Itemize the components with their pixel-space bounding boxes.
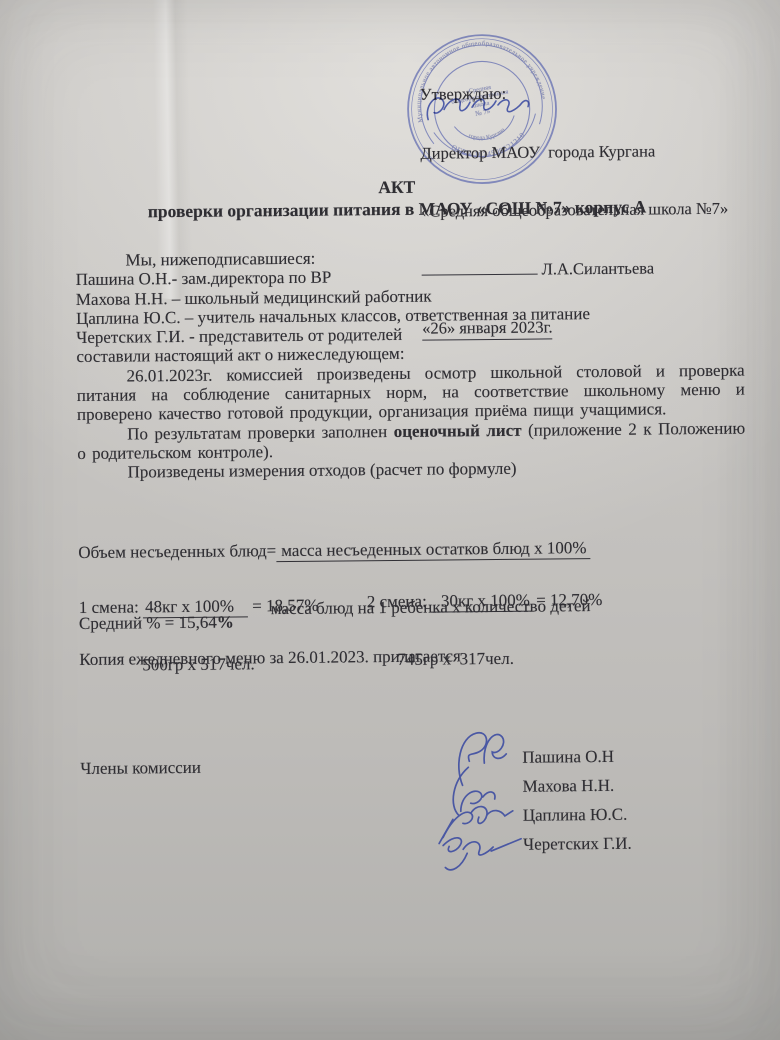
body-text: Мы, нижеподписавшиеся: Пашина О.Н.- зам.… [75, 245, 745, 483]
committee-signatures-ink [432, 721, 545, 874]
director-signature-ink [416, 88, 548, 127]
shift-2-numerator: 30кг х 100% [431, 591, 532, 613]
score-sheet-bold: оценочный лист [394, 420, 522, 440]
average-percentage: Средний % = 15,64% [79, 613, 234, 634]
document-title: АКТ проверки организации питания в МАОУ … [7, 173, 780, 223]
document-content: Муниципальное автономное общеобразовател… [0, 0, 780, 1040]
shift-2-result: = 12,70% [536, 590, 602, 610]
shift-2-label: 2 смена: [367, 592, 431, 612]
menu-attachment-note: Копия ежедневного меню за 26.01.2023. пр… [79, 646, 461, 670]
shift-1-result: = 18,57% [252, 596, 318, 616]
shift-1-calculation: 1 смена: 48кг х 100% = 18,57% 500гр х 51… [78, 558, 319, 713]
shift-2-calculation: 2 смена: 30кг х 100% = 12,70% 745гр х 31… [366, 552, 603, 707]
results-paragraph: По результатам проверки заполнен оценочн… [77, 418, 745, 463]
inspection-paragraph: 26.01.2023г. комиссией произведены осмот… [77, 360, 746, 424]
committee-label: Члены комиссии [80, 758, 201, 779]
paper-sheet: Муниципальное автономное общеобразовател… [0, 0, 780, 1040]
approval-line: Директор МАОУ города Кургана [420, 140, 760, 163]
